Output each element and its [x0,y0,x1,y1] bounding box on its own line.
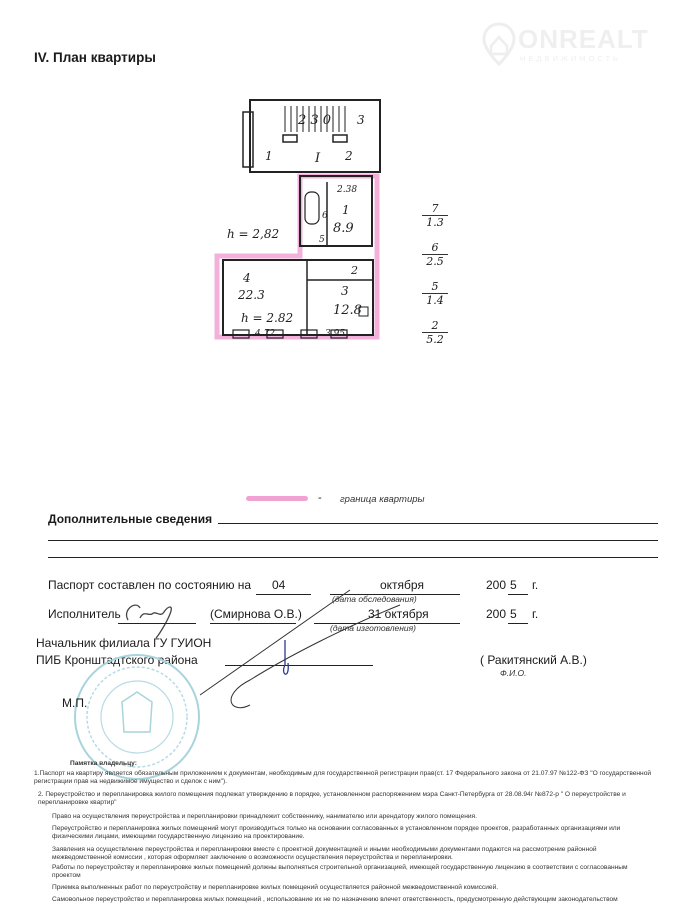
executor-year-unit: г. [532,607,538,621]
svg-text:4: 4 [242,271,251,285]
underline [508,623,528,624]
svg-text:h = 2.82: h = 2.82 [241,311,293,325]
memo-item: 1.Паспорт на квартиру является обязатель… [34,770,654,786]
additional-info-line [218,523,658,524]
memo-item: Самовольное переустройство и перепланиро… [52,896,652,904]
svg-text:22.3: 22.3 [237,288,265,302]
additional-info-label: Дополнительные сведения [48,512,212,526]
fraction-item: 25.2 [410,319,460,346]
executor-signature [118,592,188,642]
house-pin-icon [482,22,516,66]
chief-name: ( Ракитянский А.В.) [480,653,587,667]
boundary-legend-swatch [246,496,308,501]
area-fractions: 71.3 62.5 51.4 25.2 [410,202,460,358]
additional-info-line [48,557,658,558]
section-title: IV. План квартиры [34,50,156,65]
svg-text:8.9: 8.9 [333,221,354,236]
svg-text:2: 2 [350,264,358,277]
passport-year-unit: г. [532,578,538,592]
fraction-item: 51.4 [410,280,460,307]
svg-text:2 3 0: 2 3 0 [297,113,331,128]
memo-item: Работы по переустройству и перепланировк… [52,864,652,880]
executor-year: 5 [510,607,517,621]
svg-text:5: 5 [319,235,325,245]
fraction-item: 62.5 [410,241,460,268]
memo-item: 2. Переустройство и перепланировка жилог… [38,791,654,807]
svg-text:h = 2,82: h = 2,82 [227,227,279,241]
svg-text:I: I [314,151,321,166]
memo-item: Переустройство и перепланировка жилых по… [52,825,652,841]
fraction-item: 71.3 [410,202,460,229]
svg-text:1: 1 [265,149,273,163]
underline [508,594,528,595]
legend-dash: - [318,492,322,504]
svg-text:2: 2 [344,149,353,163]
memo-item: Заявления на осуществление переустройств… [52,846,652,862]
executor-label: Исполнитель [48,607,121,621]
svg-text:12.8: 12.8 [333,303,362,318]
chief-title-line1: Начальник филиала ГУ ГУИОН [36,636,211,650]
executor-year-prefix: 200 [486,607,506,621]
svg-text:4.72: 4.72 [254,329,275,339]
passport-year: 5 [510,578,517,592]
passport-year-prefix: 200 [486,578,506,592]
watermark-brand: ONREALT [518,24,649,55]
memo-item: Приемка выполненных работ по переустройс… [52,884,652,892]
svg-text:1: 1 [342,203,350,217]
additional-info-line [48,540,658,541]
chief-name-caption: Ф.И.О. [500,668,527,678]
chief-signature [190,585,440,725]
legend-text: граница квартиры [340,494,425,505]
watermark-subtitle: НЕДВИЖИМОСТЬ [520,54,621,63]
svg-text:3: 3 [357,113,365,127]
svg-text:6: 6 [322,211,328,221]
svg-text:3.95: 3.95 [325,329,345,339]
onrealt-watermark: ONREALT НЕДВИЖИМОСТЬ [482,22,672,72]
memo-item: Право на осуществления переустройства и … [52,813,652,821]
floor-plan: 2 3 0 3 I 1 2 2.38 1 8.9 6 5 h = 2,82 4 … [205,92,395,347]
seal-label: М.П. [62,696,87,710]
svg-text:3: 3 [341,284,349,298]
memo-title: Памятка владельцу: [70,760,137,768]
underline [118,623,196,624]
svg-text:2.38: 2.38 [336,185,357,195]
